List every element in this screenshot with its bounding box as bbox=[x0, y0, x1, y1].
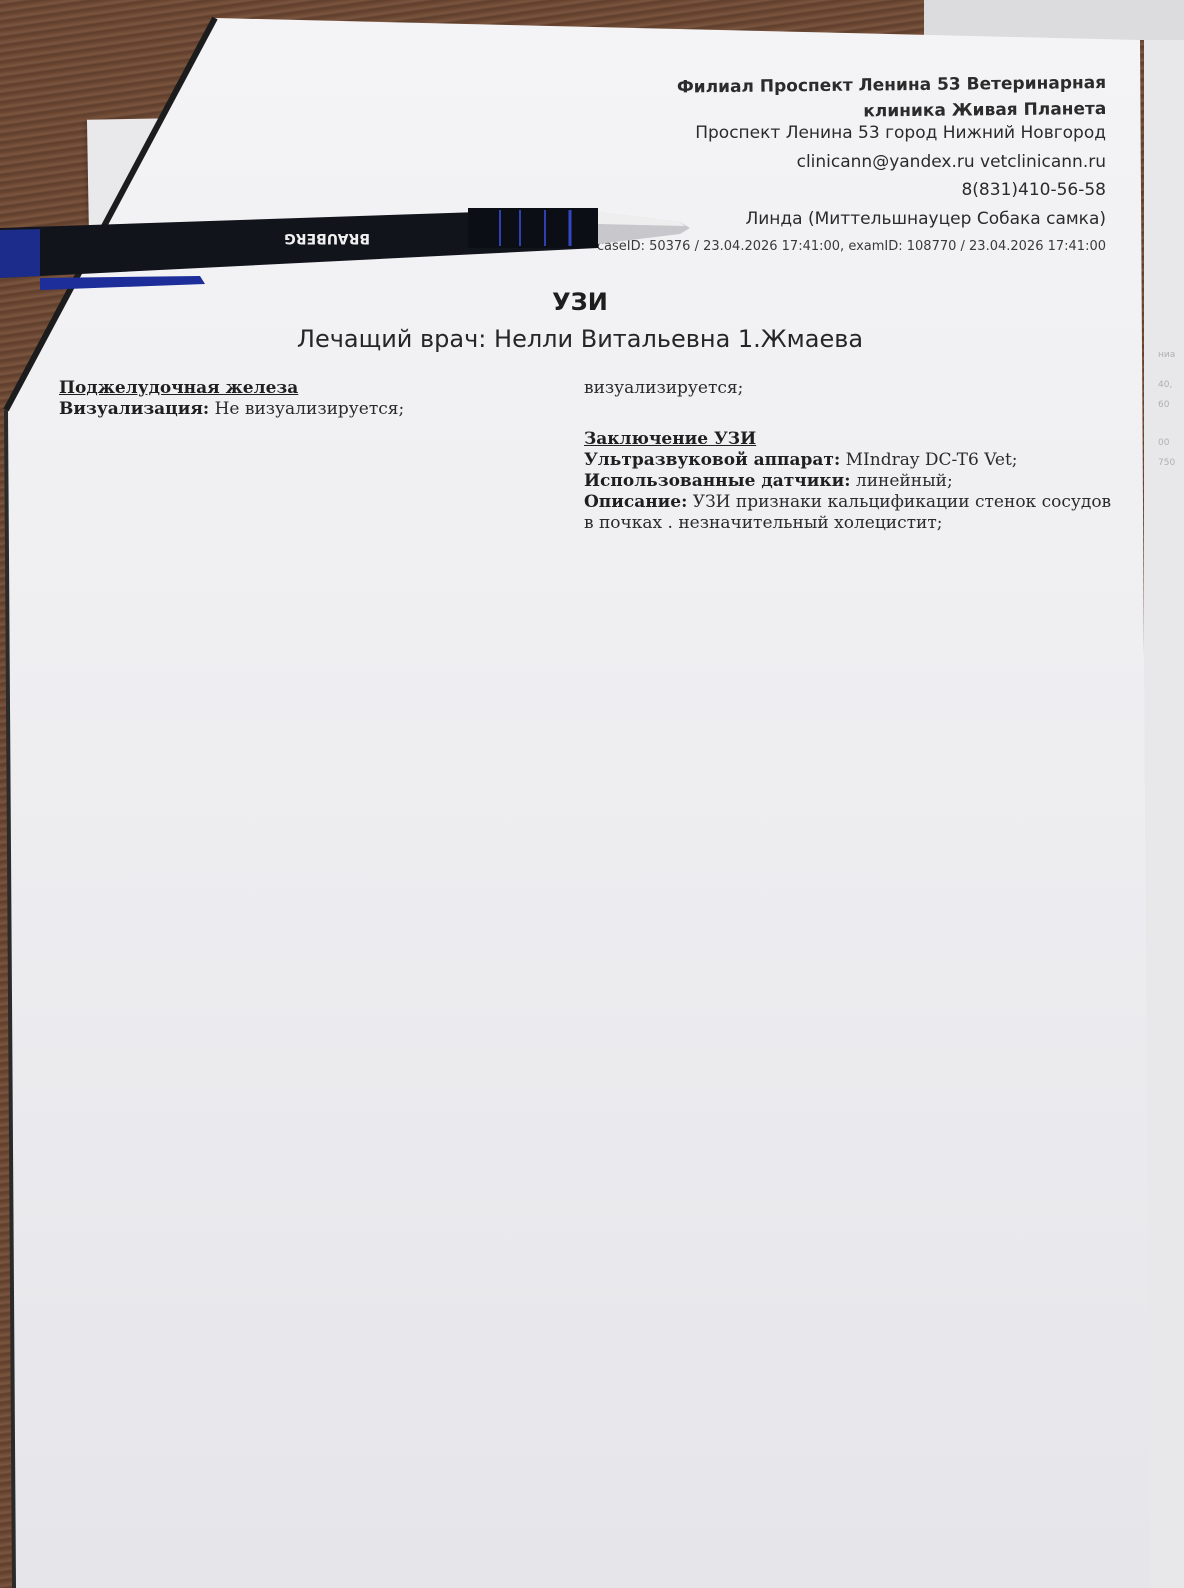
field-visualization: Визуализация: Не визуализируется; bbox=[59, 399, 539, 420]
clinic-phone: 8(831)410-56-58 bbox=[961, 180, 1106, 200]
clinic-contacts: clinicann@yandex.ru vetclinicann.ru bbox=[797, 152, 1106, 172]
clinic-name: Филиал Проспект Ленина 53 Ветеринарная к… bbox=[677, 70, 1107, 126]
field-value: линейный; bbox=[851, 471, 953, 491]
clinic-name-line-2: клиника Живая Планета bbox=[677, 96, 1106, 126]
continuation-text: визуализируется; bbox=[584, 378, 1124, 399]
field-value: Не визуализируется; bbox=[209, 399, 404, 419]
pen-brand: BRAUBERG bbox=[284, 230, 370, 246]
field-description: Описание: УЗИ признаки кальцификации сте… bbox=[584, 492, 1124, 534]
field-label: Визуализация: bbox=[59, 399, 209, 419]
attending-doctor: Лечащий врач: Нелли Витальевна 1.Жмаева bbox=[0, 325, 1160, 353]
clinic-address: Проспект Ленина 53 город Нижний Новгород bbox=[695, 123, 1106, 143]
section-title-conclusion: Заключение УЗИ bbox=[584, 429, 1124, 450]
field-label: Описание: bbox=[584, 492, 687, 512]
field-label: Ультразвуковой аппарат: bbox=[584, 450, 840, 470]
field-label: Использованные датчики: bbox=[584, 471, 851, 491]
background-paper-right: ниа 40, 60 00 750 bbox=[1144, 40, 1184, 1588]
background-paper-top bbox=[924, 0, 1184, 40]
field-probes: Использованные датчики: линейный; bbox=[584, 471, 1124, 492]
left-column: Поджелудочная железа Визуализация: Не ви… bbox=[59, 378, 539, 420]
field-value: MIndray DC-T6 Vet; bbox=[840, 450, 1017, 470]
patient-info: Линда (Миттельшнауцер Собака самка) bbox=[745, 209, 1106, 229]
right-column: визуализируется; Заключение УЗИ Ультразв… bbox=[584, 378, 1124, 534]
section-title-pancreas: Поджелудочная железа bbox=[59, 378, 539, 399]
ballpoint-pen: BRAUBERG bbox=[0, 200, 720, 300]
field-device: Ультразвуковой аппарат: MIndray DC-T6 Ve… bbox=[584, 450, 1124, 471]
